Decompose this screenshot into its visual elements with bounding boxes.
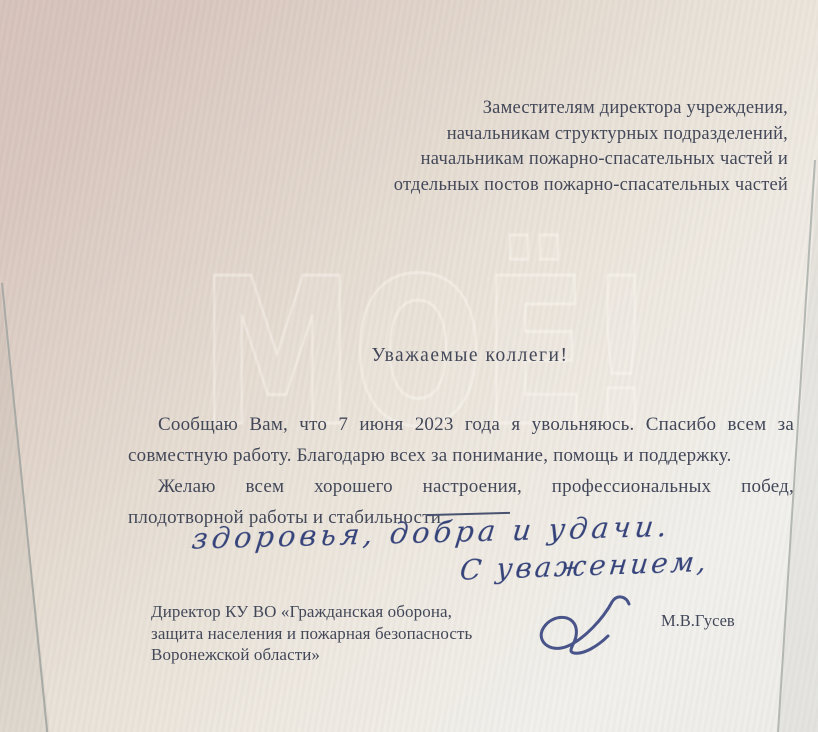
recipient-block: Заместителям директора учреждения, начал…: [308, 96, 788, 198]
signer-position-line: защита населения и пожарная безопасность: [151, 623, 511, 645]
letter-photo: МОЁ! Заместителям директора учреждения, …: [0, 0, 818, 732]
signer-name: М.В.Гусев: [661, 611, 735, 631]
handwritten-closing: С уважением,: [458, 545, 710, 587]
recipient-line: начальникам пожарно-спасательных частей …: [308, 147, 788, 173]
salutation: Уважаемые коллеги!: [130, 345, 810, 367]
signer-position-line: Директор КУ ВО «Гражданская оборона,: [151, 601, 511, 623]
signature-autograph: [528, 592, 636, 658]
signer-position-line: Воронежской области»: [151, 644, 511, 666]
recipient-line: отдельных постов пожарно-спасательных ча…: [308, 173, 788, 199]
body-line: Сообщаю Вам, что 7 июня 2023 года я увол…: [128, 409, 794, 440]
recipient-line: начальникам структурных подразделений,: [308, 122, 788, 148]
signer-position-block: Директор КУ ВО «Гражданская оборона, защ…: [151, 601, 511, 666]
body-line: Желаю всем хорошего настроения, професси…: [128, 471, 794, 502]
body-line: совместную работу. Благодарю всех за пон…: [128, 440, 794, 471]
recipient-line: Заместителям директора учреждения,: [308, 96, 788, 122]
paper-left-edge: [1, 283, 48, 732]
